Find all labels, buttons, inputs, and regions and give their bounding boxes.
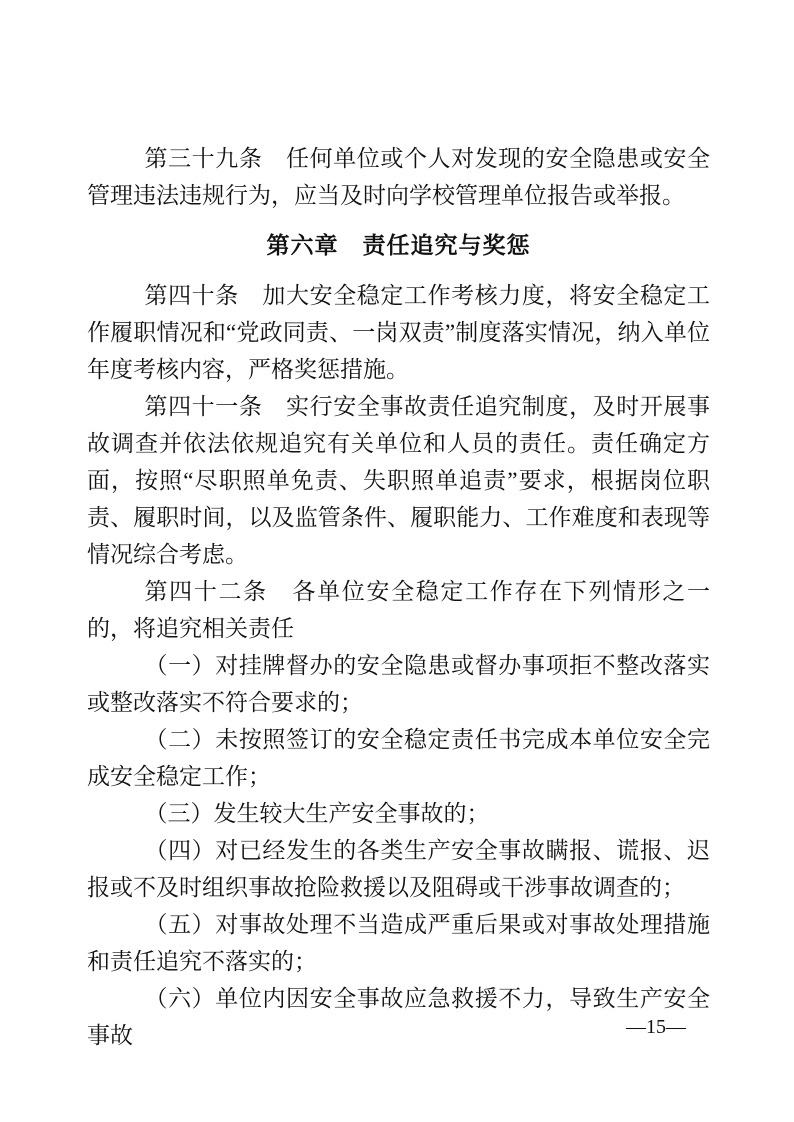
- document-body: 第三十九条 任何单位或个人对发现的安全隐患或安全管理违法违规行为，应当及时向学校…: [87, 140, 710, 1054]
- article-40-paragraph: 第四十条 加大安全稳定工作考核力度，将安全稳定工作履职情况和“党政同责、一岗双责…: [87, 277, 710, 388]
- clause-item-4: （四）对已经发生的各类生产安全事故瞒报、谎报、迟报或不及时组织事故抢险救援以及阻…: [87, 832, 710, 906]
- chapter-6-heading: 第六章 责任追究与奖惩: [87, 227, 710, 264]
- document-page: 第三十九条 任何单位或个人对发现的安全隐患或安全管理违法违规行为，应当及时向学校…: [0, 0, 794, 1122]
- page-number: —15—: [626, 1014, 686, 1040]
- article-41-paragraph: 第四十一条 实行安全事故责任追究制度，及时开展事故调查并依法依规追究有关单位和人…: [87, 388, 710, 573]
- clause-item-5: （五）对事故处理不当造成严重后果或对事故处理措施和责任追究不落实的；: [87, 906, 710, 980]
- clause-item-3: （三）发生较大生产安全事故的；: [87, 795, 710, 832]
- article-42-paragraph: 第四十二条 各单位安全稳定工作存在下列情形之一的，将追究相关责任: [87, 573, 710, 647]
- clause-item-2: （二）未按照签订的安全稳定责任书完成本单位安全完成安全稳定工作；: [87, 721, 710, 795]
- clause-item-1: （一）对挂牌督办的安全隐患或督办事项拒不整改落实或整改落实不符合要求的；: [87, 647, 710, 721]
- article-39-paragraph: 第三十九条 任何单位或个人对发现的安全隐患或安全管理违法违规行为，应当及时向学校…: [87, 140, 710, 214]
- clause-item-6: （六）单位内因安全事故应急救援不力，导致生产安全事故: [87, 980, 710, 1054]
